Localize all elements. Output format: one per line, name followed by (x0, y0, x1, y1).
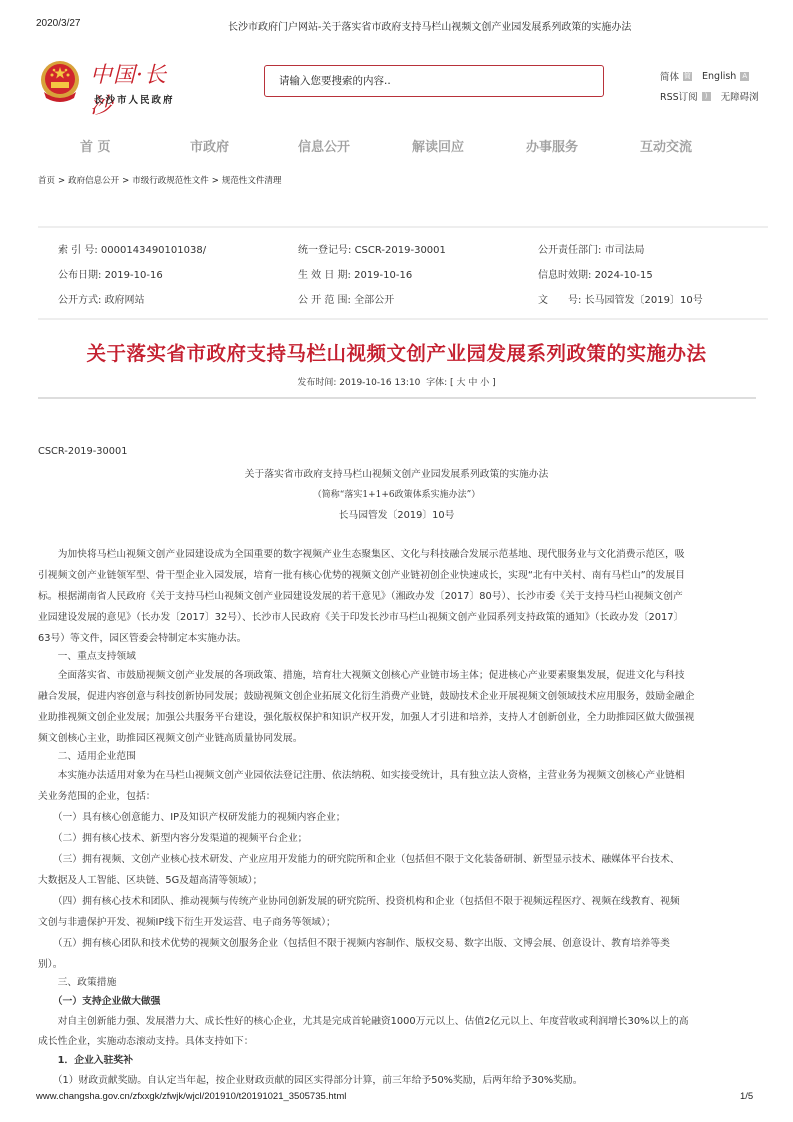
nav-item-interaction[interactable]: 互动交流 (640, 136, 692, 155)
rss-link[interactable]: RSS订阅 ) (660, 89, 711, 103)
body-doc-number: 长马园管发〔2019〕10号 (0, 507, 793, 521)
list-item: （五）拥有核心团队和技术优势的视频文创服务企业（包括但不限于视频内容制作、版权交… (38, 935, 670, 949)
bracket-open: [ (450, 378, 454, 388)
accessibility-link[interactable]: 无障碍浏 (721, 89, 759, 103)
main-nav: 首 页 市政府 信息公开 解读回应 办事服务 互动交流 (0, 136, 793, 158)
logo-calligraphy: 中国·长沙 (90, 58, 188, 120)
list-item: （三）拥有视频、文创产业核心技术研发、产业应用开发能力的研究院所和企业（包括但不… (38, 851, 680, 865)
font-medium-button[interactable]: 中 (468, 378, 477, 388)
breadcrumb-separator: > (58, 176, 65, 186)
rss-label: RSS订阅 (660, 89, 698, 103)
breadcrumb-home[interactable]: 首页 (38, 176, 55, 186)
search-input[interactable] (277, 66, 601, 96)
breadcrumb-doc-cleanup[interactable]: 规范性文件清理 (222, 176, 282, 186)
breadcrumb-separator: > (122, 176, 129, 186)
nav-item-services[interactable]: 办事服务 (526, 136, 578, 155)
registration-code: CSCR-2019-30001 (38, 446, 127, 457)
publish-info: 发布时间: 2019-10-16 13:10 字体: [ 大 中 小 ] (0, 375, 793, 388)
nav-item-info-disclosure[interactable]: 信息公开 (298, 136, 350, 155)
meta-registration-no: 统一登记号: CSCR-2019-30001 (298, 241, 446, 256)
accessibility-label: 无障碍浏 (721, 89, 759, 103)
print-header: 2020/3/27 长沙市政府门户网站-关于落实省市政府支持马栏山视频文创产业园… (0, 16, 793, 32)
list-item: （二）拥有核心技术、新型内容分发渠道的视频平台企业； (38, 830, 307, 844)
list-item: （四）拥有核心技术和团队、推动视频与传统产业协同创新发展的研究院所、投资机构和企… (38, 893, 680, 907)
meta-publish-date: 公布日期: 2019-10-16 (58, 266, 163, 281)
list-item: 大数据及人工智能、区块链、5G及超高清等领域）； (38, 872, 262, 886)
simplified-chinese-link[interactable]: 简体 简 (660, 69, 692, 83)
paragraph-line: 对自主创新能力强、发展潜力大、成长性好的核心企业，尤其是完成首轮融资1000万元… (38, 1013, 689, 1027)
paragraph-line: 关业务范围的企业，包括： (38, 788, 156, 802)
font-small-button[interactable]: 小 (480, 378, 489, 388)
site-logo[interactable]: 中国·长沙 长沙市人民政府 (38, 58, 188, 108)
breadcrumb-normative-docs[interactable]: 市级行政规范性文件 (132, 176, 209, 186)
paragraph-line: 业园建设发展的意见》（长办发〔2017〕32号）、长沙市人民政府《关于印发长沙市… (38, 609, 683, 623)
rss-icon: ) (702, 92, 711, 101)
nav-item-city-government[interactable]: 市政府 (190, 136, 229, 155)
paragraph-line: 融合发展，促进内容创意与科技创新协同发展；鼓励视频文创企业拓展文化衍生消费产业链… (38, 688, 694, 702)
body-doc-abbreviation: （简称“落实1+1+6政策体系实施办法”） (0, 487, 793, 500)
font-large-button[interactable]: 大 (456, 378, 465, 388)
paragraph-line: 为加快将马栏山视频文创产业园建设成为全国重要的数字视频产业生态聚集区、文化与科技… (38, 546, 685, 560)
subsection-heading: 1．企业入驻奖补 (38, 1052, 133, 1066)
breadcrumb-separator: > (212, 176, 219, 186)
search-box[interactable] (264, 65, 604, 97)
paragraph-line: 频文创核心主业，助推园区视频文创产业链高质量协同发展。 (38, 730, 303, 744)
national-emblem-icon (38, 58, 82, 106)
english-link[interactable]: English A (702, 71, 749, 82)
breadcrumb-info-disclosure[interactable]: 政府信息公开 (68, 176, 119, 186)
print-page-title: 长沙市政府门户网站-关于落实省市政府支持马栏山视频文创产业园发展系列政策的实施办… (228, 18, 631, 33)
english-icon: A (740, 72, 749, 81)
section-heading: 一、重点支持领域 (38, 648, 136, 662)
breadcrumb: 首页>政府信息公开>市级行政规范性文件>规范性文件清理 (38, 174, 281, 186)
paragraph-line: 全面落实省、市鼓励视频文创产业发展的各项政策、措施，培育壮大视频文创核心产业链市… (38, 667, 685, 681)
print-footer-url: www.changsha.gov.cn/zfxxgk/zfwjk/wjcl/20… (36, 1091, 346, 1102)
list-item: 文创与非遗保护开发、视频IP线下衍生开发运营、电子商务等领域）； (38, 914, 336, 928)
simplified-icon: 简 (683, 72, 692, 81)
meta-publish-method: 公开方式: 政府网站 (58, 291, 145, 306)
publish-time-label: 发布时间: (297, 378, 336, 388)
body-doc-title: 关于落实省市政府支持马栏山视频文创产业园发展系列政策的实施办法 (0, 466, 793, 480)
paragraph-line: 成长性企业，实施动态滚动支持。具体支持如下： (38, 1033, 254, 1047)
meta-valid-until: 信息时效期: 2024-10-15 (538, 266, 653, 281)
paragraph-line: 标。根据湖南省人民政府《关于支持马栏山视频文创产业园建设发展的若干意见》（湘政办… (38, 588, 683, 602)
meta-effective-date: 生 效 日 期: 2019-10-16 (298, 266, 412, 281)
list-item: 别）。 (38, 956, 63, 970)
meta-scope: 公 开 范 围: 全部公开 (298, 291, 394, 306)
paragraph-line: 本实施办法适用对象为在马栏山视频文创产业园依法登记注册、依法纳税、如实接受统计，… (38, 767, 685, 781)
paragraph-line: （1）财政贡献奖励。自认定当年起，按企业财政贡献的园区实得部分计算，前三年给予5… (38, 1072, 583, 1086)
meta-index-no: 索 引 号: 000014349010103​8/ (58, 241, 206, 256)
font-size-label: 字体: (426, 378, 447, 388)
document-meta-box: 索 引 号: 000014349010103​8/ 统一登记号: CSCR-20… (38, 226, 768, 320)
nav-item-interpretation[interactable]: 解读回应 (412, 136, 464, 155)
article-title: 关于落实省市政府支持马栏山视频文创产业园发展系列政策的实施办法 (0, 338, 793, 366)
list-item: （一）具有核心创意能力、IP及知识产权研发能力的视频内容企业； (38, 809, 346, 823)
meta-responsible-dept: 公开责任部门: 市司法局 (538, 241, 645, 256)
section-heading: 二、适用企业范围 (38, 748, 136, 762)
publish-time: 2019-10-16 13:10 (339, 378, 420, 388)
print-page-number: 1/5 (740, 1091, 753, 1102)
subsection-heading: （一）支持企业做大做强 (38, 993, 160, 1007)
paragraph-line: 业助推视频文创企业发展；加强公共服务平台建设，强化版权保护和知识产权开发，加强人… (38, 709, 694, 723)
logo-subtitle: 长沙市人民政府 (94, 92, 175, 106)
nav-item-home[interactable]: 首 页 (80, 136, 111, 155)
paragraph-line: 引视频文创产业链领军型、骨干型企业入园发展，培育一批有核心优势的视频文创产业链初… (38, 567, 685, 581)
top-links: 简体 简 English A RSS订阅 ) 无障碍浏 (660, 66, 790, 106)
english-label: English (702, 71, 736, 82)
simplified-label: 简体 (660, 69, 679, 83)
title-divider (38, 397, 756, 399)
bracket-close: ] (492, 378, 496, 388)
meta-document-no: 文 号: 长马园管发〔2019〕10号 (538, 291, 703, 306)
print-date: 2020/3/27 (36, 18, 81, 29)
section-heading: 三、政策措施 (38, 974, 116, 988)
paragraph-line: 63号）等文件，园区管委会特制定本实施办法。 (38, 630, 246, 644)
